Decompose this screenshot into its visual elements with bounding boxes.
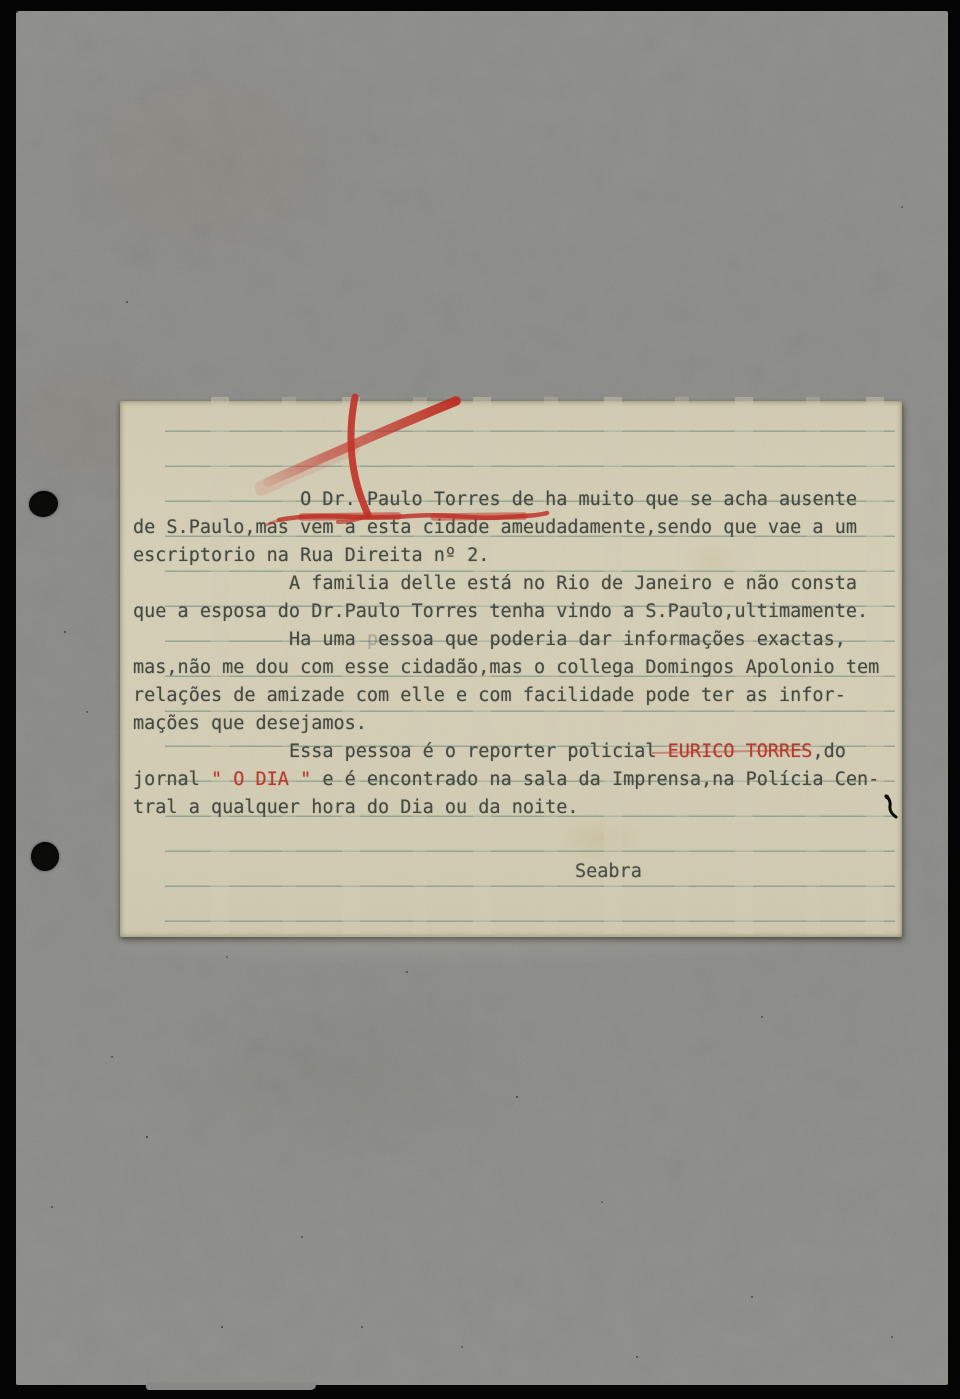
typed-segment: relações de amizade com elle e com facil… [133, 685, 846, 706]
typed-segment: p [367, 629, 378, 650]
typed-line: mações que desejamos. [133, 710, 898, 738]
typed-segment: tral a qualquer hora do Dia ou da noite. [133, 797, 579, 818]
red-typed-text: EURICO TORRES [668, 741, 813, 762]
index-card: O Dr. Paulo Torres de ha muito que se ac… [120, 401, 902, 937]
typed-line: que a esposa do Dr.Paulo Torres tenha vi… [133, 598, 898, 626]
typed-line: tral a qualquer hora do Dia ou da noite. [133, 794, 898, 822]
typed-line: relações de amizade com elle e com facil… [133, 682, 898, 710]
typed-line: Essa pessoa é o reporter policial EURICO… [133, 738, 898, 766]
typed-segment: e é encontrado na sala da Imprensa,na Po… [311, 769, 879, 790]
typed-segment: mações que desejamos. [133, 713, 367, 734]
typed-segment: Essa pessoa é o reporter policial [289, 741, 668, 762]
red-typed-text: " O DIA " [211, 769, 311, 790]
dust-specks [16, 11, 18, 13]
typed-line: escriptorio na Rua Direita nº 2. [133, 542, 898, 570]
typed-segment: jornal [133, 769, 211, 790]
card-shadow-glow [120, 936, 902, 966]
typed-segment: A familia delle está no Rio de Janeiro e… [289, 573, 857, 594]
typed-line: A familia delle está no Rio de Janeiro e… [133, 570, 898, 598]
typed-segment: ,do [812, 741, 845, 762]
typed-segment: O Dr. Paulo Torres de ha muito que se ac… [300, 489, 857, 510]
signature: Seabra [575, 858, 642, 886]
typed-segment: escriptorio na Rua Direita nº 2. [133, 545, 489, 566]
typed-line: jornal " O DIA " e é encontrado na sala … [133, 766, 898, 794]
typed-segment: de S.Paulo,mas vem a esta cidade ameudad… [133, 517, 857, 538]
typed-segment: que a esposa do Dr.Paulo Torres tenha vi… [133, 601, 868, 622]
typed-line: mas,não me dou com esse cidadão,mas o co… [133, 654, 898, 682]
typed-segment: mas,não me dou com esse cidadão,mas o co… [133, 657, 879, 678]
page-edge-irregularity [146, 1382, 316, 1390]
typed-line: de S.Paulo,mas vem a esta cidade ameudad… [133, 514, 898, 542]
typed-segment: essoa que poderia dar informações exacta… [378, 629, 846, 650]
typed-text: O Dr. Paulo Torres de ha muito que se ac… [133, 486, 898, 822]
typed-segment: Ha uma [289, 629, 367, 650]
typed-line: O Dr. Paulo Torres de ha muito que se ac… [133, 486, 898, 514]
typed-line: Ha uma pessoa que poderia dar informaçõe… [133, 626, 898, 654]
photo-frame: O Dr. Paulo Torres de ha muito que se ac… [0, 0, 960, 1399]
